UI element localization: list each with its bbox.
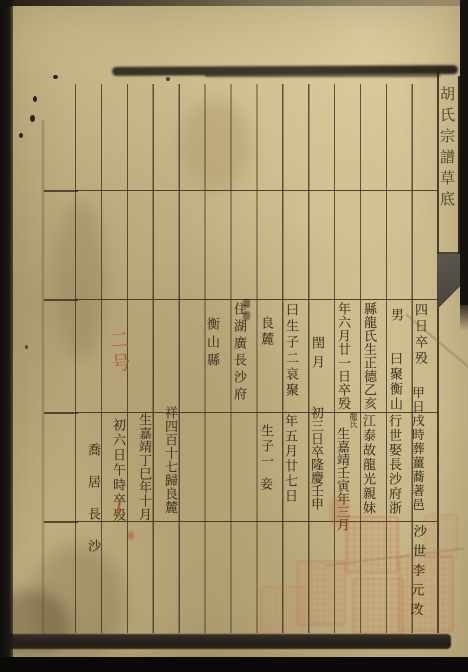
col-death-record: 年六月廿一日卒殁 <box>336 302 349 410</box>
scan-edge-right <box>460 0 468 305</box>
row-rule <box>44 521 78 523</box>
scan-edge-left <box>0 0 13 672</box>
grid-band-1 <box>75 84 437 191</box>
red-number-label: 二号 <box>104 329 134 377</box>
seal-stamp <box>424 514 458 558</box>
seal-stamp <box>260 586 304 636</box>
ink-speck <box>25 345 28 349</box>
col-burial-record: 甲日戌時葬薑蕎著邑 <box>411 386 424 512</box>
row-rule <box>44 190 78 192</box>
ink-speck <box>33 96 37 102</box>
grid-band-4 <box>75 412 437 522</box>
col-marriage-record: 祥四百十七歸良麓 <box>163 406 176 514</box>
scan-edge-right-fade <box>460 305 468 331</box>
grid-band-2 <box>75 190 437 300</box>
col-moved-to-changsha: 喬居長沙 <box>86 443 99 571</box>
spine-title: 胡氏宗譜草底 <box>439 86 454 212</box>
col-son-record: 行世娶長沙府浙 <box>387 414 400 516</box>
ink-speck <box>30 115 35 122</box>
spine-box-rule <box>437 252 460 254</box>
col-wife-birth: 縣龍氏生正德乙亥 <box>362 302 375 410</box>
col-death-date-record: 初三日卒隆慶壬申 <box>309 406 322 510</box>
col-son-label: 男 <box>389 308 402 321</box>
genealogy-page-scan: 胡氏宗譜草底 四日卒殁 甲日戌時葬薑蕎著邑 沙世李元攺 男 曰聚衡山 行世娶長沙… <box>0 0 468 672</box>
seal-stamp <box>352 578 404 636</box>
fold-streak <box>42 120 44 635</box>
bottom-thick-rule <box>0 634 451 649</box>
col-concubine: 妾 <box>258 477 271 490</box>
ink-speck <box>53 75 58 79</box>
seal-stamp <box>398 556 454 632</box>
col-son-name: 曰聚衡山 <box>388 352 401 412</box>
col-residence-changsha: 住湖廣長沙府 <box>232 302 245 404</box>
scan-edge-bottom <box>0 657 468 672</box>
page-fold-shadow <box>437 254 461 308</box>
col-intercalary-month: 閏月 <box>310 336 323 374</box>
row-rule <box>44 412 78 414</box>
ink-speck <box>19 133 23 138</box>
col-birth-year-record: 生嘉靖丁巳年十月 <box>137 413 150 521</box>
col-hengshan-county: 衡山縣 <box>205 317 218 371</box>
top-ink-smear <box>205 74 440 77</box>
row-rule <box>44 299 78 301</box>
seal-stamp <box>345 516 399 574</box>
col-one-son: 生子一 <box>259 424 272 469</box>
red-dot-mark <box>128 531 134 540</box>
scan-edge-top <box>0 0 468 6</box>
col-sons-record: 曰生子二哀聚 <box>284 303 297 399</box>
col-name-lianglu: 良麓 <box>259 316 272 348</box>
col-small-annotation: 龍氏 <box>349 412 357 428</box>
col-date-record: 年五月廿七日 <box>283 414 296 504</box>
col-wife-family: 江泰故龍光親妹 <box>361 414 374 516</box>
ink-speck <box>166 77 170 81</box>
col-death-date-top: 四日卒殁 <box>413 303 426 367</box>
